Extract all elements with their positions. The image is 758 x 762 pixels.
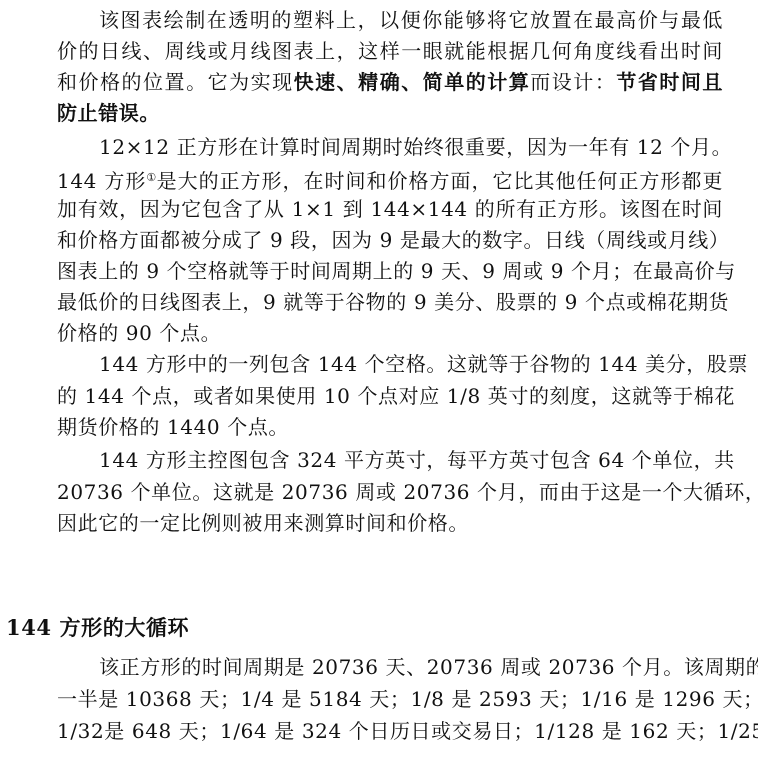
section-heading: 144 方形的大循环 bbox=[6, 613, 189, 643]
paragraph-1-line-2: 价的日线、周线或月线图表上，这样一眼就能根据几何角度线看出时间 bbox=[57, 36, 723, 66]
paragraph-2-line-3: 加有效，因为它包含了从 1×1 到 144×144 的所有正方形。该图在时间 bbox=[57, 194, 723, 224]
text-segment: 而设计： bbox=[530, 70, 616, 94]
paragraph-1-line-4: 防止错误。 bbox=[57, 98, 723, 128]
text-segment: 和价格的位置。它为实现 bbox=[57, 70, 294, 94]
paragraph-3-line-1: 144 方形中的一列包含 144 个空格。这就等于谷物的 144 美分，股票 bbox=[99, 349, 723, 379]
paragraph-2-line-7: 价格的 90 个点。 bbox=[57, 318, 723, 348]
paragraph-1-line-1: 该图表绘制在透明的塑料上，以便你能够将它放置在最高价与最低 bbox=[99, 5, 723, 35]
paragraph-4-line-2: 20736 个单位。这就是 20736 周或 20736 个月，而由于这是一个大… bbox=[57, 477, 723, 507]
text-segment: 144 方形 bbox=[57, 169, 146, 193]
text-segment: 是大的正方形，在时间和价格方面，它比其他任何正方形都更 bbox=[157, 169, 723, 193]
paragraph-2-line-2: 144 方形①是大的正方形，在时间和价格方面，它比其他任何正方形都更 bbox=[57, 163, 723, 193]
footnote-marker[interactable]: ① bbox=[146, 171, 156, 184]
paragraph-3-line-3: 期货价格的 1440 个点。 bbox=[57, 412, 723, 442]
document-page: 该图表绘制在透明的塑料上，以便你能够将它放置在最高价与最低 价的日线、周线或月线… bbox=[0, 0, 758, 762]
paragraph-3-line-2: 的 144 个点，或者如果使用 10 个点对应 1/8 英寸的刻度，这就等于棉花 bbox=[57, 381, 723, 411]
paragraph-4-line-1: 144 方形主控图包含 324 平方英寸，每平方英寸包含 64 个单位，共 bbox=[99, 445, 723, 475]
paragraph-2-line-5: 图表上的 9 个空格就等于时间周期上的 9 天、9 周或 9 个月；在最高价与 bbox=[57, 256, 723, 286]
paragraph-2-line-6: 最低价的日线图表上，9 就等于谷物的 9 美分、股票的 9 个点或棉花期货 bbox=[57, 287, 723, 317]
bold-emphasis: 快速、精确、简单的计算 bbox=[294, 70, 531, 94]
paragraph-2-line-1: 12×12 正方形在计算时间周期时始终很重要，因为一年有 12 个月。 bbox=[99, 132, 723, 162]
bold-emphasis: 防止错误。 bbox=[57, 101, 160, 125]
paragraph-2-line-4: 和价格方面都被分成了 9 段，因为 9 是最大的数字。日线（周线或月线） bbox=[57, 225, 723, 255]
paragraph-1-line-3: 和价格的位置。它为实现快速、精确、简单的计算而设计：节省时间且 bbox=[57, 67, 723, 97]
paragraph-5-line-2: 一半是 10368 天；1/4 是 5184 天；1/8 是 2593 天；1/… bbox=[57, 684, 723, 714]
bold-emphasis: 节省时间且 bbox=[616, 70, 723, 94]
paragraph-5-line-1: 该正方形的时间周期是 20736 天、20736 周或 20736 个月。该周期… bbox=[99, 652, 723, 682]
paragraph-4-line-3: 因此它的一定比例则被用来测算时间和价格。 bbox=[57, 508, 723, 538]
paragraph-5-line-3: 1/32是 648 天；1/64 是 324 个日历日或交易日；1/128 是 … bbox=[57, 716, 723, 746]
